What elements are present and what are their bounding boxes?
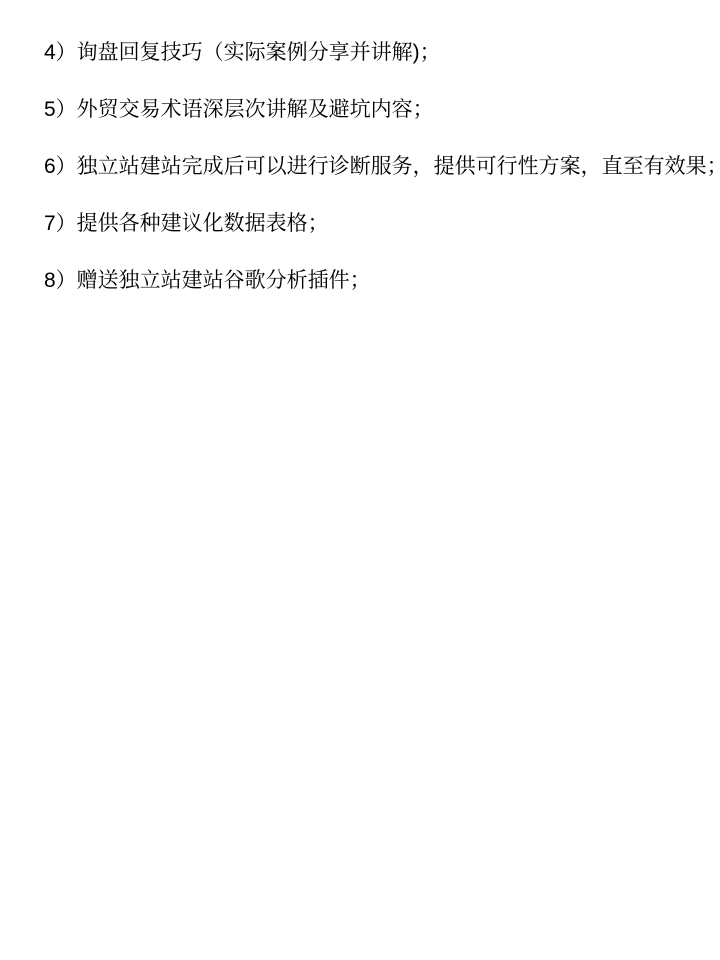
document-page: 4）询盘回复技巧（实际案例分享并讲解)； 5）外贸交易术语深层次讲解及避坑内容；… xyxy=(0,0,720,960)
list-item-6: 6）独立站建站完成后可以进行诊断服务，提供可行性方案，直至有效果； xyxy=(44,153,700,181)
document-content: 4）询盘回复技巧（实际案例分享并讲解)； 5）外贸交易术语深层次讲解及避坑内容；… xyxy=(0,0,720,295)
list-item-5: 5）外贸交易术语深层次讲解及避坑内容； xyxy=(44,96,700,124)
list-item-7: 7）提供各种建议化数据表格； xyxy=(44,210,700,238)
list-item-8: 8）赠送独立站建站谷歌分析插件； xyxy=(44,267,700,295)
list-item-4: 4）询盘回复技巧（实际案例分享并讲解)； xyxy=(44,39,700,67)
